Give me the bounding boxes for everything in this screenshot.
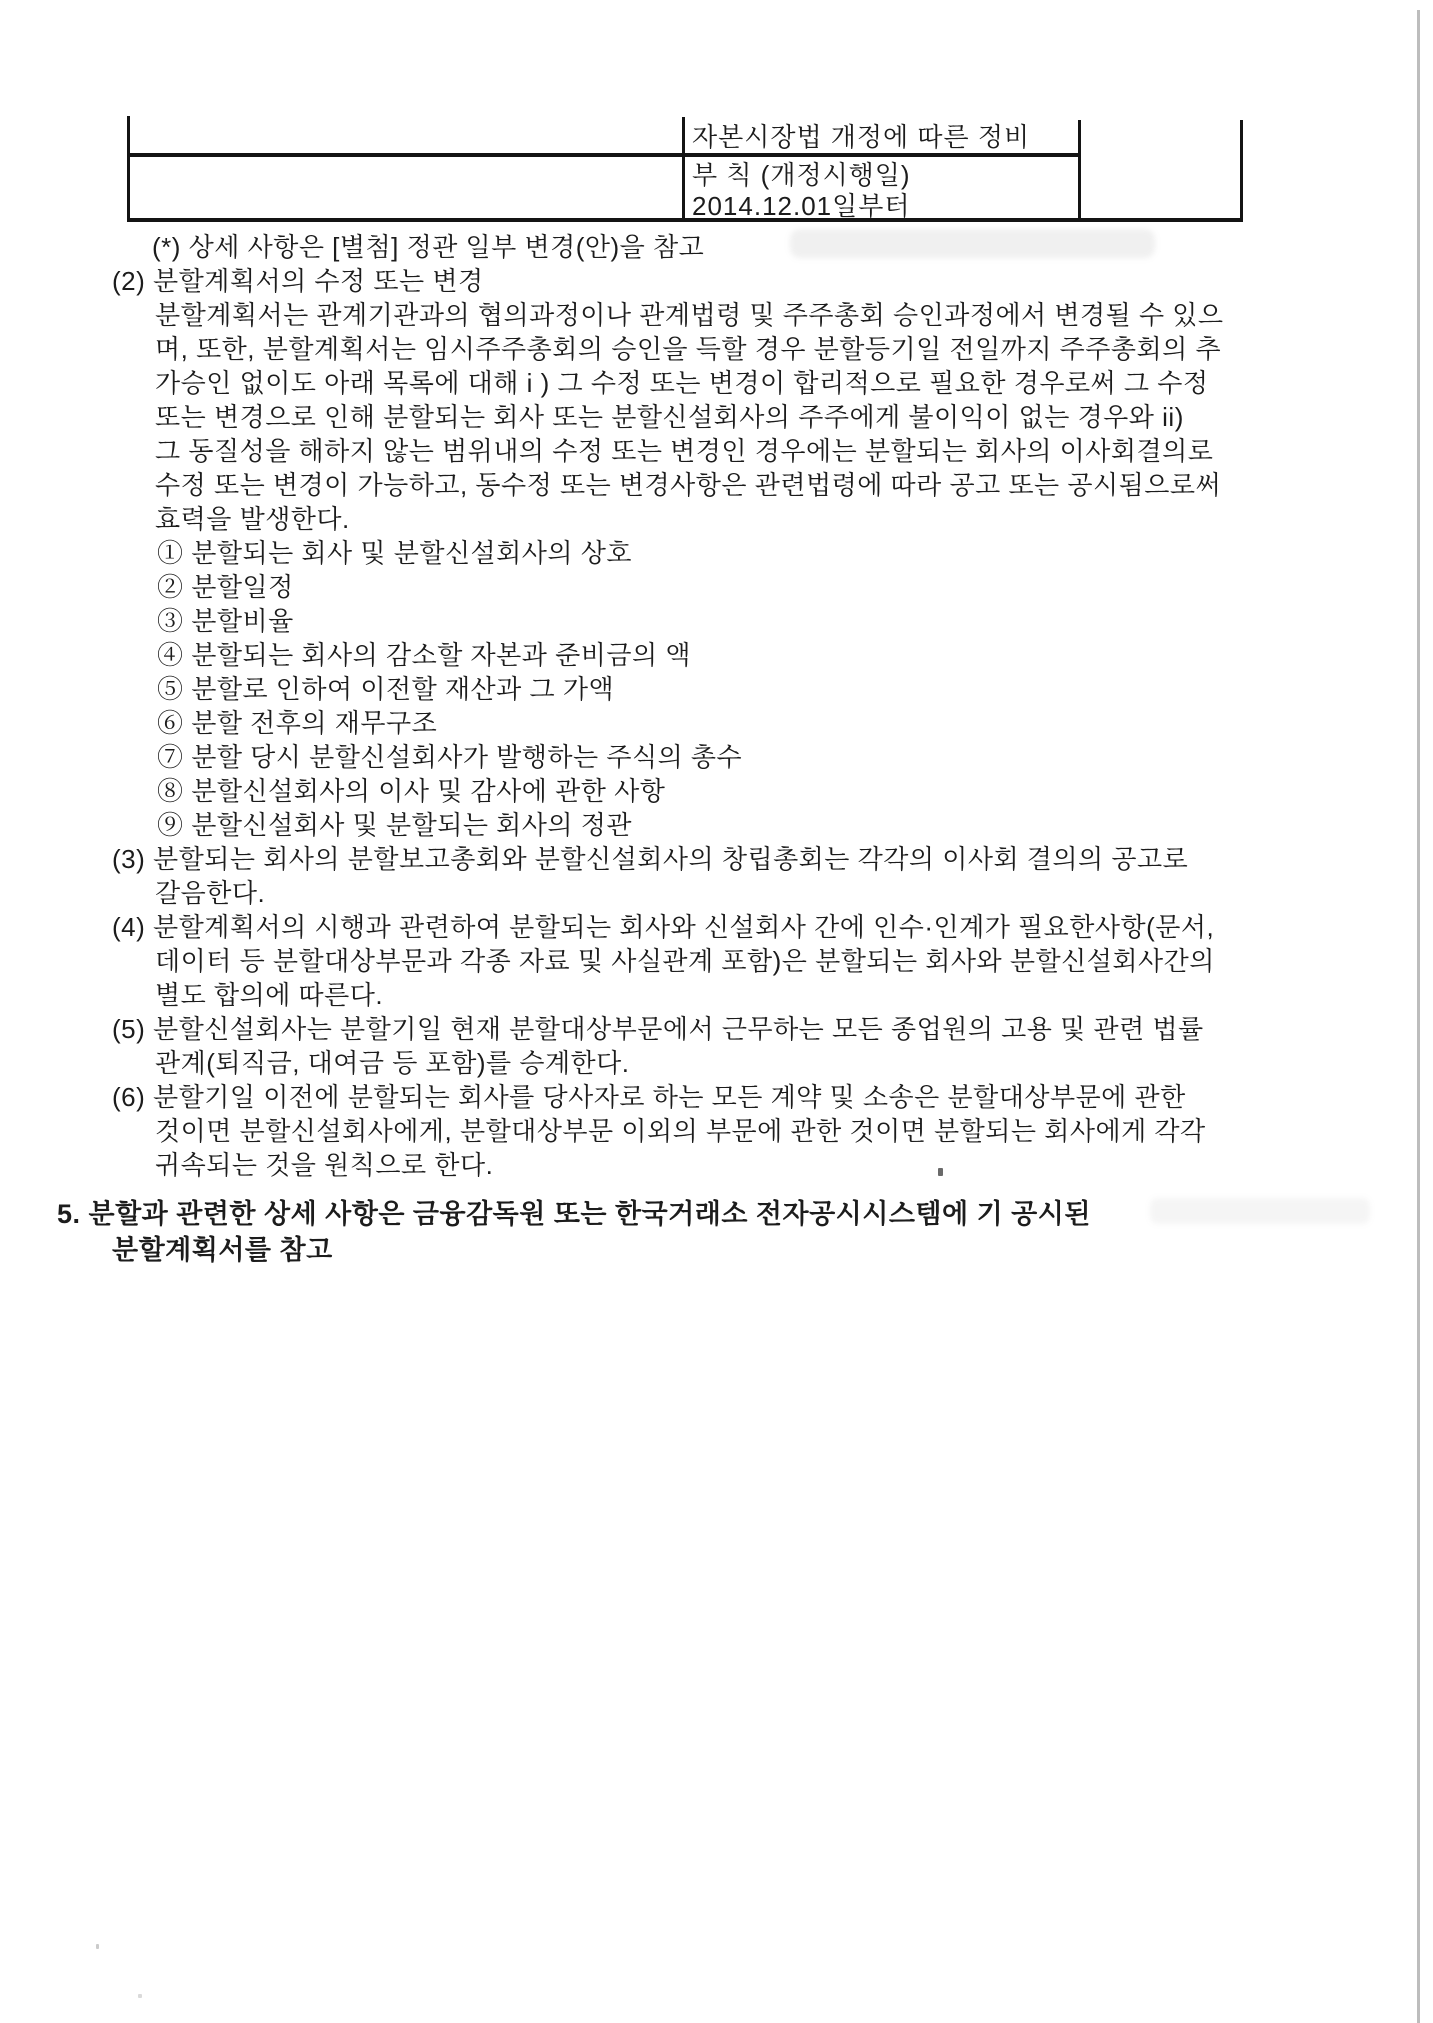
section-5-line: (5) 분할신설회사는 분할기일 현재 분할대상부문에서 근무하는 모든 종업원…: [0, 1012, 1433, 1046]
section-4-line: 데이터 등 분할대상부문과 각종 자료 및 사실관계 포함)은 분할되는 회사와…: [0, 944, 1433, 978]
section-4-line: (4) 분할계획서의 시행과 관련하여 분할되는 회사와 신설회사 간에 인수·…: [0, 910, 1433, 944]
section-6-line: 것이면 분할신설회사에게, 분할대상부문 이외의 부문에 관한 것이면 분할되는…: [0, 1114, 1433, 1148]
document-body: (*) 상세 사항은 [별첨] 정관 일부 변경(안)을 참고 (2) 분할계획…: [0, 230, 1433, 1268]
paragraph-line: 그 동질성을 해하지 않는 범위내의 수정 또는 변경인 경우에는 분할되는 회…: [0, 434, 1433, 468]
list-item: ⑧ 분할신설회사의 이사 및 감사에 관한 사항: [0, 774, 1433, 808]
paragraph-line: 수정 또는 변경이 가능하고, 동수정 또는 변경사항은 관련법령에 따라 공고…: [0, 468, 1433, 502]
table-cell-amendment-note: 자본시장법 개정에 따른 정비: [692, 121, 1030, 153]
paragraph-line: 가승인 없이도 아래 목록에 대해 i ) 그 수정 또는 변경이 합리적으로 …: [0, 366, 1433, 400]
table-border-vertical-left: [127, 116, 130, 220]
scan-smudge: [1150, 1198, 1370, 1224]
scan-edge-line: [1417, 10, 1420, 2023]
list-item: ④ 분할되는 회사의 감소할 자본과 준비금의 액: [0, 638, 1433, 672]
list-item: ① 분할되는 회사 및 분할신설회사의 상호: [0, 536, 1433, 570]
section-3-line: 갈음한다.: [0, 876, 1433, 910]
table-border-bottom: [127, 218, 1243, 222]
table-border-vertical-col2: [682, 117, 685, 220]
section-4-line: 별도 합의에 따른다.: [0, 978, 1433, 1012]
list-item: ② 분할일정: [0, 570, 1433, 604]
section-6-line: (6) 분할기일 이전에 분할되는 회사를 당사자로 하는 모든 계약 및 소송…: [0, 1080, 1433, 1114]
scanned-document-page: 자본시장법 개정에 따른 정비 부 칙 (개정시행일) 2014.12.01일부…: [0, 0, 1433, 2023]
list-item: ③ 분할비율: [0, 604, 1433, 638]
scan-speck: [138, 1994, 142, 1998]
scan-speck: [96, 1944, 99, 1949]
section-3-line: (3) 분할되는 회사의 분할보고총회와 분할신설회사의 창립총회는 각각의 이…: [0, 842, 1433, 876]
list-item: ⑤ 분할로 인하여 이전할 재산과 그 가액: [0, 672, 1433, 706]
table-border-row-divider: [127, 153, 1081, 157]
table-cell-effective-date: 2014.12.01일부터: [692, 190, 910, 222]
closing-heading-line-2: 분할계획서를 참고: [0, 1232, 1433, 1268]
table-cell-addendum-title: 부 칙 (개정시행일): [692, 159, 911, 191]
paragraph-line: 또는 변경으로 인해 분할되는 회사 또는 분할신설회사의 주주에게 불이익이 …: [0, 400, 1433, 434]
section-2-heading: (2) 분할계획서의 수정 또는 변경: [0, 264, 1433, 298]
list-item: ⑦ 분할 당시 분할신설회사가 발행하는 주식의 총수: [0, 740, 1433, 774]
section-6-line: 귀속되는 것을 원칙으로 한다.: [0, 1148, 1433, 1182]
scan-speck: [938, 1168, 943, 1176]
table-border-vertical-col3: [1078, 120, 1081, 220]
scan-smudge: [790, 229, 1155, 258]
section-5-line: 관계(퇴직금, 대여금 등 포함)를 승계한다.: [0, 1046, 1433, 1080]
list-item: ⑨ 분할신설회사 및 분할되는 회사의 정관: [0, 808, 1433, 842]
paragraph-line: 분할계획서는 관계기관과의 협의과정이나 관계법령 및 주주총회 승인과정에서 …: [0, 298, 1433, 332]
table-border-vertical-right: [1240, 120, 1243, 220]
spacer: [0, 1182, 1433, 1196]
list-item: ⑥ 분할 전후의 재무구조: [0, 706, 1433, 740]
paragraph-line: 효력을 발생한다.: [0, 502, 1433, 536]
footnote-line: (*) 상세 사항은 [별첨] 정관 일부 변경(안)을 참고: [0, 230, 1433, 264]
paragraph-line: 며, 또한, 분할계획서는 임시주주총회의 승인을 득할 경우 분할등기일 전일…: [0, 332, 1433, 366]
